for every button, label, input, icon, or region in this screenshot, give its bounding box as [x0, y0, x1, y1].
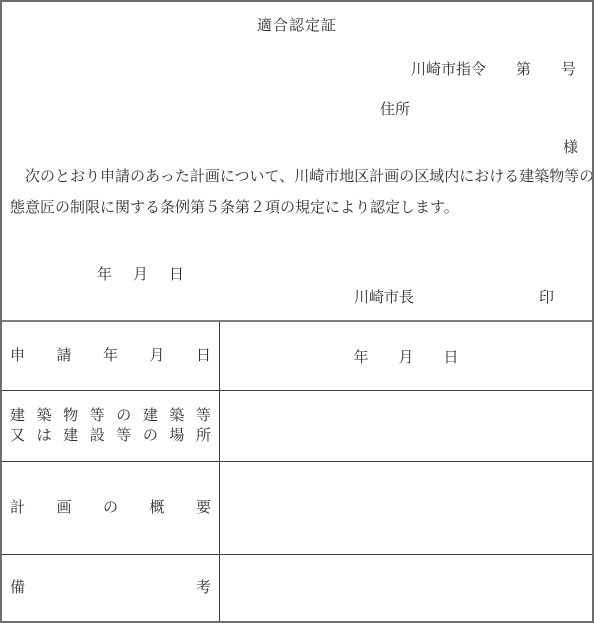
- application-date-label: 申請年月日: [10, 346, 211, 366]
- document-title: 適合認定証: [2, 14, 592, 35]
- application-table: 申請年月日 年 月 日 建築物等の建築等 又は建設等の場所 計画の概要: [2, 320, 592, 621]
- site-location-label-line-1: 建築物等の建築等: [10, 406, 211, 426]
- remarks-value-cell: [220, 555, 592, 621]
- body-line-2: 態意匠の制限に関する条例第５条第２項の規定により認定します。: [10, 193, 584, 224]
- table-row-application-date: 申請年月日 年 月 日: [2, 322, 592, 391]
- issue-date-placeholder: 年 月 日: [97, 263, 187, 284]
- plan-summary-value-cell: [220, 462, 592, 554]
- plan-summary-label: 計画の概要: [10, 498, 211, 518]
- remarks-label-cell: 備考: [2, 555, 220, 621]
- table-row-site-location: 建築物等の建築等 又は建設等の場所: [2, 391, 592, 462]
- application-date-placeholder: 年 月 日: [353, 346, 458, 367]
- site-location-label-cell: 建築物等の建築等 又は建設等の場所: [2, 391, 220, 461]
- certificate-document: 適合認定証 川崎市指令 第 号 住所 様 次のとおり申請のあった計画について、川…: [0, 0, 594, 623]
- application-date-value-cell: 年 月 日: [220, 322, 592, 390]
- table-row-plan-summary: 計画の概要: [2, 462, 592, 555]
- site-location-label-line-2: 又は建設等の場所: [10, 426, 211, 446]
- recipient-honorific: 様: [2, 136, 578, 157]
- directive-number-line: 川崎市指令 第 号: [2, 58, 576, 79]
- site-location-value-cell: [220, 391, 592, 461]
- plan-summary-label-cell: 計画の概要: [2, 462, 220, 554]
- address-label: 住所: [380, 98, 410, 119]
- application-date-label-cell: 申請年月日: [2, 322, 220, 390]
- body-paragraph: 次のとおり申請のあった計画について、川崎市地区計画の区域内における建築物等の形 …: [10, 162, 584, 224]
- body-line-1: 次のとおり申請のあった計画について、川崎市地区計画の区域内における建築物等の形: [10, 162, 584, 193]
- seal-mark: 印: [2, 286, 554, 307]
- table-row-remarks: 備考: [2, 555, 592, 621]
- remarks-label: 備考: [10, 578, 211, 598]
